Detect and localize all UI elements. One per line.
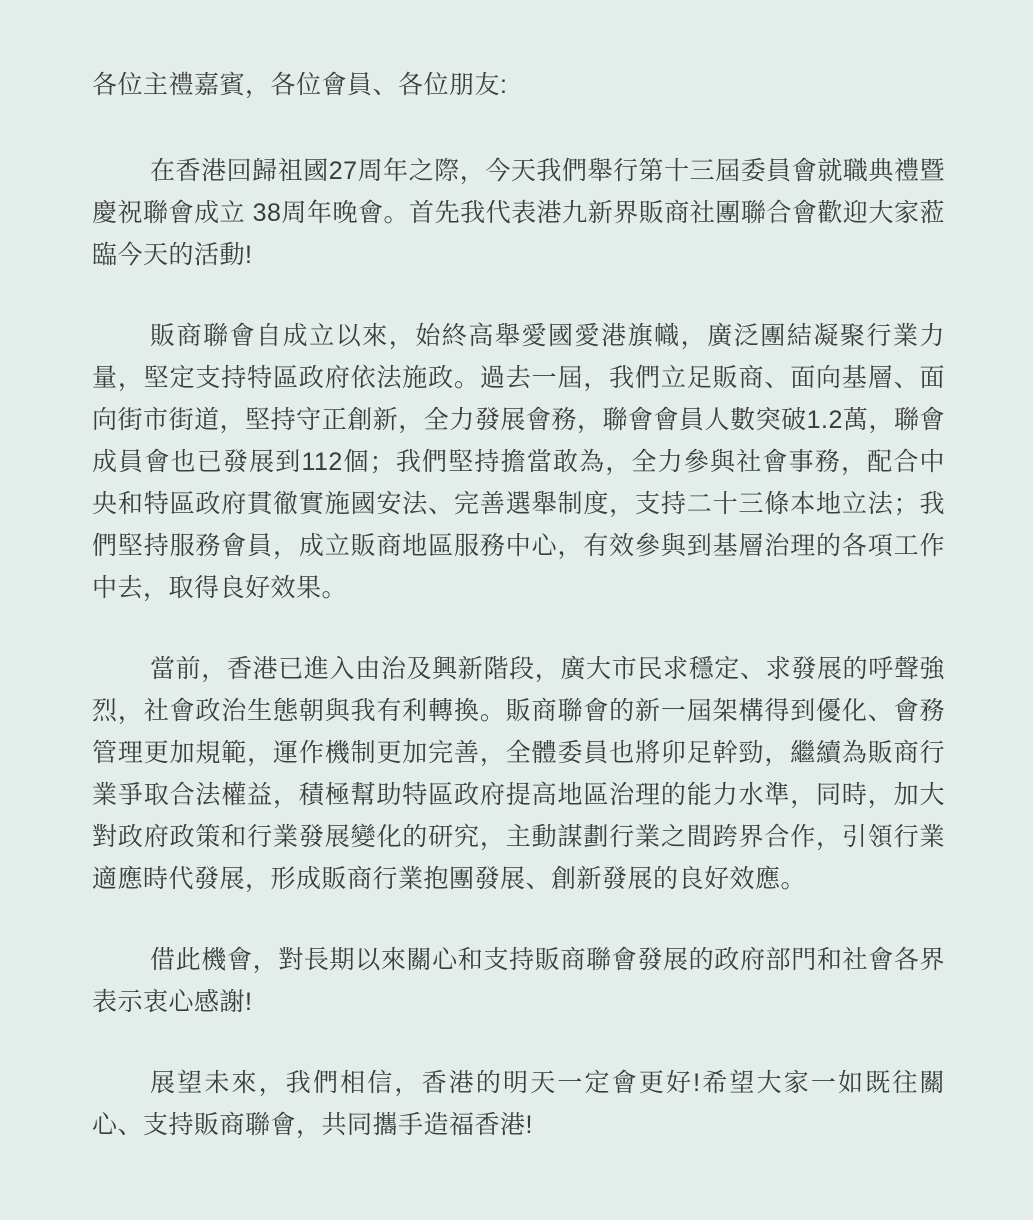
paragraph-achievements: 販商聯會自成立以來，始終高舉愛國愛港旗幟，廣泛團結凝聚行業力量，堅定支持特區政府… [92,315,945,609]
paragraph-thanks: 借此機會，對長期以來關心和支持販商聯會發展的政府部門和社會各界表示衷心感謝! [92,939,945,1023]
document-page: 各位主禮嘉賓，各位會員、各位朋友: 在香港回歸祖國27周年之際，今天我們舉行第十… [0,0,1033,1220]
salutation-line: 各位主禮嘉賓，各位會員、各位朋友: [92,64,945,106]
paragraph-outlook-current: 當前，香港已進入由治及興新階段，廣大市民求穩定、求發展的呼聲強烈，社會政治生態朝… [92,648,945,900]
paragraph-opening: 在香港回歸祖國27周年之際，今天我們舉行第十三屆委員會就職典禮暨慶祝聯會成立 3… [92,150,945,276]
speech-text-block: 各位主禮嘉賓，各位會員、各位朋友: 在香港回歸祖國27周年之際，今天我們舉行第十… [92,64,945,1146]
paragraph-closing: 展望未來，我們相信，香港的明天一定會更好!希望大家一如既往關心、支持販商聯會，共… [92,1062,945,1146]
